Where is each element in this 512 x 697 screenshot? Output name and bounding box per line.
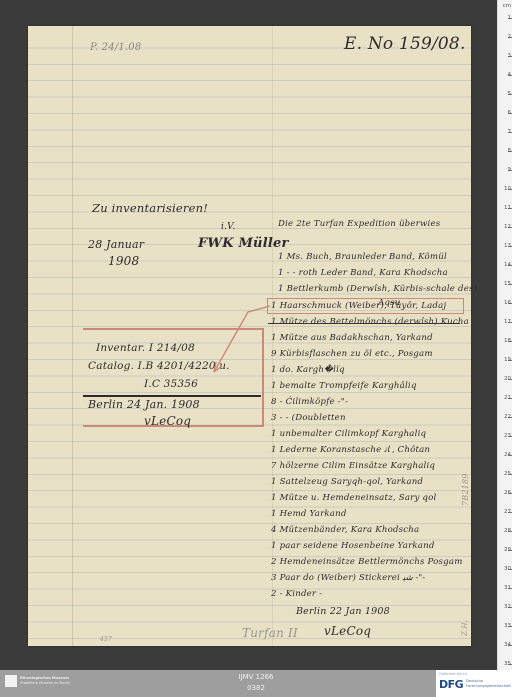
date-day-month: 28 Januar bbox=[88, 238, 144, 251]
list-item: 4 Mützenbänder, Kara Khodscha bbox=[271, 525, 419, 535]
list-item: 1 Lederne Koranstasche ﺎﺗ , Chôtan bbox=[271, 445, 430, 455]
stamp-signature: vLeCoq bbox=[144, 414, 191, 428]
list-item: 3 Paar do (Weiber) Stickerei ﺷﻴ -"- bbox=[271, 573, 425, 583]
pencil-turfan-note: Turfan II bbox=[242, 626, 298, 640]
list-item: 8 - Ćilimköpfe -"- bbox=[271, 397, 348, 407]
list-item: 1 bemalte Trompfeife Karghâliq bbox=[271, 381, 417, 391]
list-item: 1 unbemalter Cilimkopf Karghaliq bbox=[271, 429, 426, 439]
pencil-number: 457 bbox=[100, 636, 112, 643]
date-year: 1908 bbox=[108, 254, 139, 268]
ruler-unit: cm bbox=[503, 3, 511, 9]
instruction-note: Zu inventarisieren! bbox=[92, 201, 208, 215]
list-item: 1 Hemd Yarkand bbox=[271, 509, 347, 519]
header-accession-number: E. No 159/08. bbox=[344, 34, 466, 54]
list-item: 9 Kürbisflaschen zu öl etc., Posgam bbox=[271, 349, 433, 359]
list-item: 1 - - roth Leder Band, Kara Khodscha bbox=[278, 268, 448, 278]
list-item: 7 hölzerne Cilim Einsätze Karghaliq bbox=[271, 461, 435, 471]
list-item: 1 Mütze aus Badakhschan, Yarkand bbox=[271, 333, 433, 343]
pencil-margin-number: 7B2189 bbox=[461, 473, 470, 506]
funded-by-label: Gefördert durch bbox=[439, 672, 467, 676]
list-item: 2 - Kinder - bbox=[271, 589, 322, 599]
paper-margin-line bbox=[72, 26, 73, 646]
scan-background: P. 24/1.08 E. No 159/08. Zu inventarisie… bbox=[0, 0, 512, 670]
cm-ruler: cm 1 2 3 4 5 6 7 8 9 10 11 12 13 14 15 1… bbox=[497, 0, 512, 670]
list-item-struck: 1 Mütze des Bettelmönchs (derwîsh) Kucha bbox=[271, 317, 469, 327]
stamp-date: Berlin 24 Jan. 1908 bbox=[88, 398, 200, 411]
list-item: 1 Mütze u. Hemdeneinsatz, Sary qol bbox=[271, 493, 436, 503]
list-item: 1 Sattelzeug Saryqh-qol, Yarkand bbox=[271, 477, 423, 487]
pencil-corner-note: Z.H. bbox=[461, 620, 469, 636]
list-item: 2 Hemdeneinsätze Bettlermönchs Posgam bbox=[271, 557, 463, 567]
signature-mueller: FWK Müller bbox=[198, 236, 289, 251]
archive-footer: Ethnologisches Museum Staatliche Museen … bbox=[0, 670, 512, 697]
list-item: 1 do. Kargh�lïq bbox=[271, 365, 345, 375]
list-intro: Die 2te Turfan Expedition überwies bbox=[278, 219, 440, 229]
red-arrow-icon bbox=[208, 304, 273, 384]
closing-signature: vLeCoq bbox=[324, 624, 371, 638]
dfg-funding-logo: Gefördert durch DFG Deutsche Forschungsg… bbox=[436, 670, 512, 697]
dfg-full-name: Deutsche Forschungsgemeinschaft bbox=[466, 679, 511, 689]
header-left-note: P. 24/1.08 bbox=[90, 42, 141, 53]
ic-number: I.C 35356 bbox=[144, 378, 198, 390]
list-item: 1 Haarschmuck (Weiber), Tûyôr, Ladaj bbox=[271, 301, 446, 311]
inventory-number: Inventar. I 214/08 bbox=[96, 342, 195, 354]
list-item: 1 paar seidene Hosenbeine Yarkand bbox=[271, 541, 435, 551]
list-item: 1 Bettlerkumb (Derwîsh, Kürbis-schale de… bbox=[278, 284, 477, 294]
closing-place-date: Berlin 22 Jan 1908 bbox=[296, 606, 390, 617]
list-item: 1 Ms. Buch, Braunleder Band, Kömül bbox=[278, 252, 447, 262]
list-item: 3 - - (Doubletten bbox=[271, 413, 346, 423]
signature-prefix: i.V. bbox=[221, 222, 235, 232]
document-sheet: P. 24/1.08 E. No 159/08. Zu inventarisie… bbox=[28, 26, 471, 646]
stamp-divider bbox=[83, 395, 261, 397]
dfg-logo-icon: DFG bbox=[439, 678, 463, 691]
